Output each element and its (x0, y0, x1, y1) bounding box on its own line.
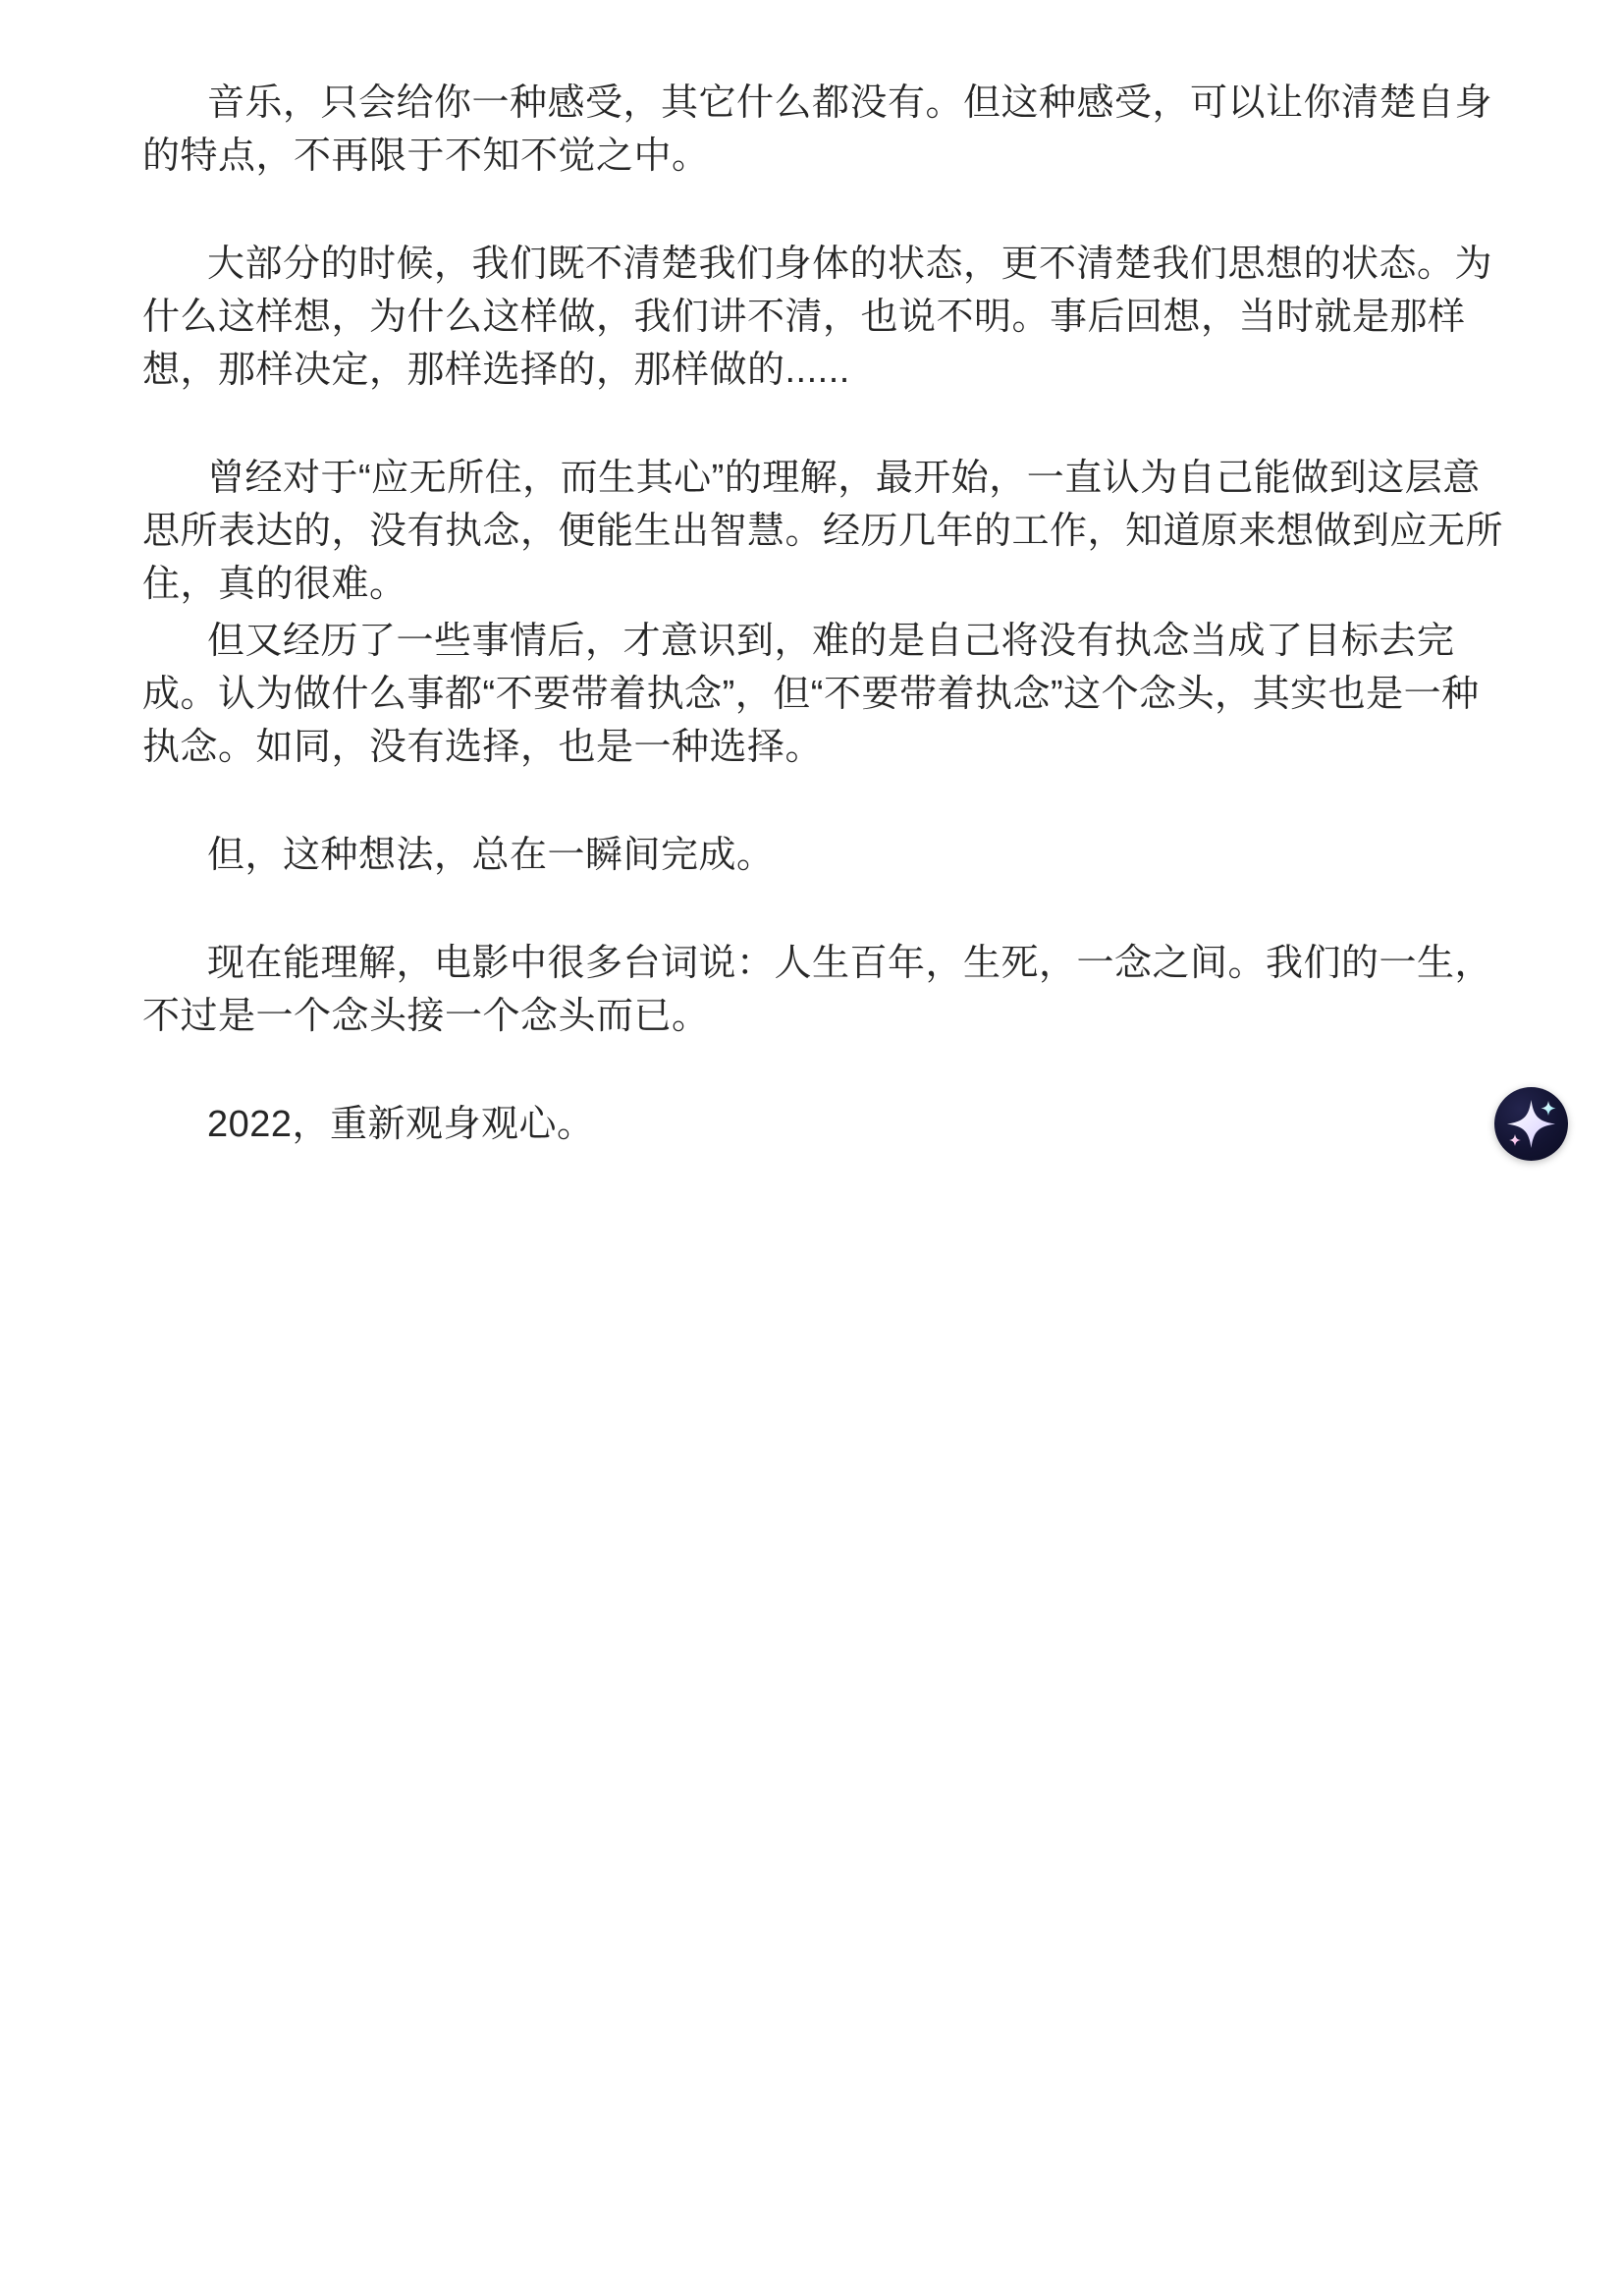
paragraph: 现在能理解，电影中很多台词说：人生百年，生死，一念之间。我们的一生，不过是一个念… (142, 937, 1489, 1043)
paragraph: 曾经对于“应无所住，而生其心”的理解，最开始，一直认为自己能做到这层意思所表达的… (142, 452, 1489, 611)
text-line: 住，真的很难。 (142, 558, 1489, 611)
text-line: 大部分的时候，我们既不清楚我们身体的状态，更不清楚我们思想的状态。为 (142, 238, 1489, 291)
ai-assistant-button[interactable] (1494, 1087, 1568, 1161)
text-line: 但又经历了一些事情后，才意识到，难的是自己将没有执念当成了目标去完 (142, 615, 1489, 668)
paragraph: 但又经历了一些事情后，才意识到，难的是自己将没有执念当成了目标去完成。认为做什么… (142, 615, 1489, 774)
text-line: 曾经对于“应无所住，而生其心”的理解，最开始，一直认为自己能做到这层意 (142, 452, 1489, 505)
text-line: 执念。如同，没有选择，也是一种选择。 (142, 721, 1489, 774)
paragraph: 大部分的时候，我们既不清楚我们身体的状态，更不清楚我们思想的状态。为什么这样想，… (142, 238, 1489, 397)
text-line: 2022，重新观身观心。 (142, 1098, 1489, 1151)
document-body: 音乐，只会给你一种感受，其它什么都没有。但这种感受，可以让你清楚自身的特点，不再… (142, 77, 1489, 1151)
paragraph: 但，这种想法，总在一瞬间完成。 (142, 829, 1489, 882)
text-line: 不过是一个念头接一个念头而已。 (142, 990, 1489, 1043)
sparkle-icon (1494, 1087, 1568, 1161)
text-line: 想，那样决定，那样选择的，那样做的...... (142, 344, 1489, 397)
text-line: 思所表达的，没有执念，便能生出智慧。经历几年的工作，知道原来想做到应无所 (142, 505, 1489, 558)
text-line: 的特点，不再限于不知不觉之中。 (142, 130, 1489, 183)
paragraph: 2022，重新观身观心。 (142, 1098, 1489, 1151)
text-line: 音乐，只会给你一种感受，其它什么都没有。但这种感受，可以让你清楚自身 (142, 77, 1489, 130)
text-line: 但，这种想法，总在一瞬间完成。 (142, 829, 1489, 882)
text-line: 什么这样想，为什么这样做，我们讲不清，也说不明。事后回想，当时就是那样 (142, 291, 1489, 344)
text-line: 成。认为做什么事都“不要带着执念”，但“不要带着执念”这个念头，其实也是一种 (142, 668, 1489, 721)
paragraph: 音乐，只会给你一种感受，其它什么都没有。但这种感受，可以让你清楚自身的特点，不再… (142, 77, 1489, 183)
text-line: 现在能理解，电影中很多台词说：人生百年，生死，一念之间。我们的一生， (142, 937, 1489, 990)
